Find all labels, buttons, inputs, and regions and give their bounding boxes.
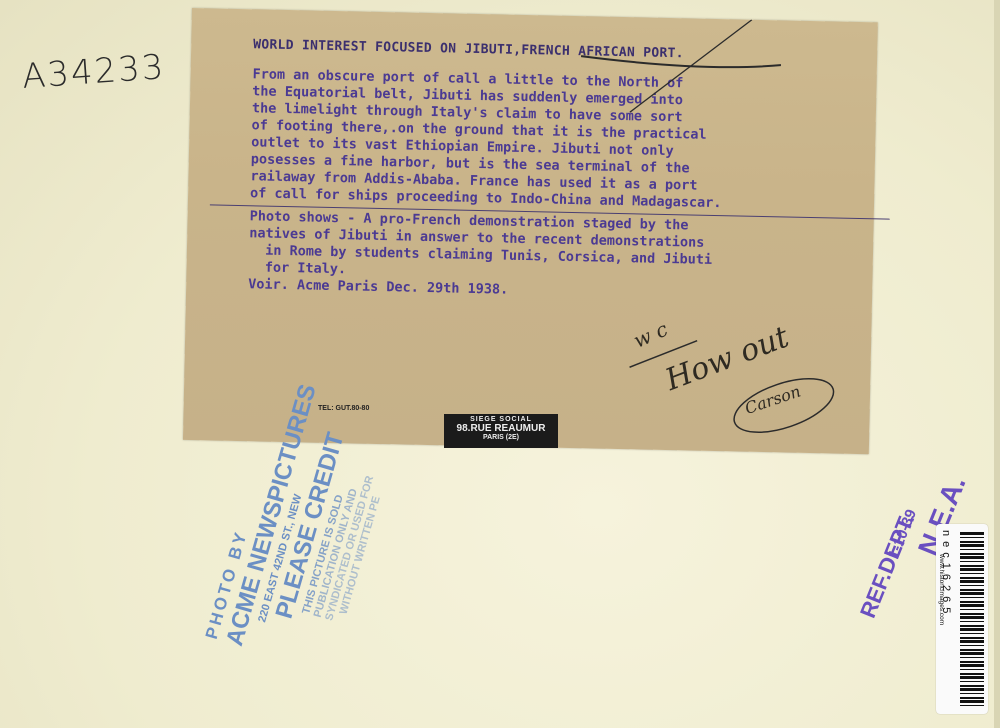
barcode-url: www.historicimages.com bbox=[938, 554, 945, 625]
barcode-label: nec16265 www.historicimages.com bbox=[936, 524, 988, 714]
pencil-strike-icon bbox=[519, 15, 782, 150]
barcode-icon bbox=[960, 532, 984, 708]
pencil-circle-icon bbox=[723, 369, 844, 441]
page-edge bbox=[994, 0, 1000, 728]
